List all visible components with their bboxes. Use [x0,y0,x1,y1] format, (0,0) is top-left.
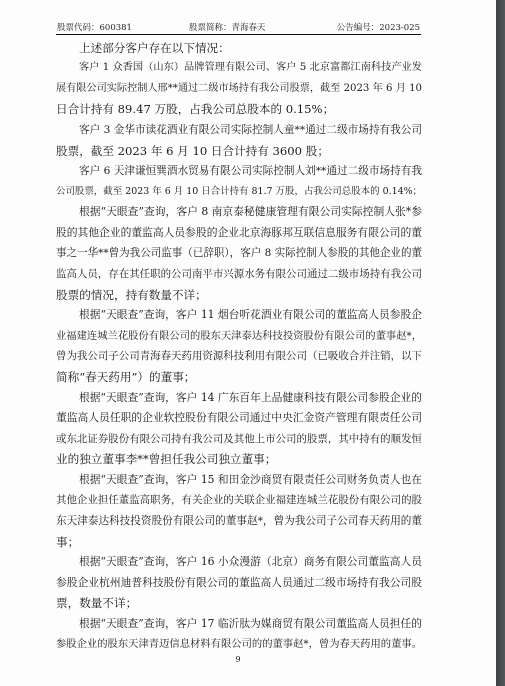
text-line: 票，数量不详； [56,593,422,614]
text-line: 或东北证券股份有限公司持有我公司及其他上市公司的股票，其中持有的顺发恒 [56,429,422,450]
text-line: 根据“天眼查”查询，客户 11 烟台听花酒业有限公司的董监高人员参股企 [56,305,422,326]
text-line: 股的其他企业的董监高人员参股的企业北京海豚邦互联信息服务有限公司的董 [56,223,422,244]
document-body: 上述部分客户存在以下情况：客户 1 众香国（山东）品牌管理有限公司、客户 5 北… [56,38,422,655]
text-line: 业福建连城兰花股份有限公司的股东天津泰达科技投资股份有限公司的董事赵*， [56,326,422,347]
text-line: 客户 1 众香国（山东）品牌管理有限公司、客户 5 北京富都江南科技产业发 [56,58,422,79]
text-line: 日合计持有 89.47 万股，占我公司总股本的 0.15%； [56,99,422,120]
text-line: 公司股票，截至 2023 年 6 月 10 日合计持有 81.7 万股，占我公司… [56,182,422,203]
text-line: 曾为我公司子公司青海春天药用资源科技利用有限公司（已吸收合并注销，以下 [56,346,422,367]
text-line: 监高人员，存在其任职的公司南平市兴源水务有限公司通过二级市场持有我公司 [56,264,422,285]
text-line: 股票，截至 2023 年 6 月 10 日合计持有 3600 股； [56,141,422,162]
text-line: 参股企业的股东天津青迈信息材料有限公司的的董事赵*，曾为春天药用的董事。 [56,634,422,655]
text-line: 根据“天眼查”查询，客户 16 小众漫游（北京）商务有限公司董监高人员 [56,552,422,573]
stock-name: 股票简称：青海春天 [189,22,266,34]
text-line: 东天津泰达科技投资股份有限公司的董事赵*，曾为我公司子公司春天药用的董 [56,511,422,532]
document-page: 股票代码：600381 股票简称：青海春天 公告编号：2023-025 上述部分… [0,0,496,686]
text-line: 客户 3 金华市读花酒业有限公司实际控制人童**通过二级市场持有我公司 [56,120,422,141]
text-line: 其他企业担任董监高职务，有关企业的关联企业福建连城兰花股份有限公司的股 [56,490,422,511]
text-line: 上述部分客户存在以下情况： [56,38,422,59]
text-line: 董监高人员任职的企业软控股份有限公司通过中央汇金资产管理有限责任公司 [56,408,422,429]
text-line: 参股企业杭州迪普科技股份有限公司的董监高人员通过二级市场持有我公司股 [56,573,422,594]
text-line: 客户 6 天津谦恒巽酒水贸易有限公司实际控制人刘**通过二级市场持有我 [56,161,422,182]
text-line: 事之一华**曾为我公司监事（已辞职），客户 8 实际控制人参股的其他企业的董 [56,243,422,264]
text-line: 根据“天眼查”查询，客户 15 和田金沙商贸有限责任公司财务负责人也在 [56,470,422,491]
text-line: 根据“天眼查”查询，客户 8 南京泰秘健康管理有限公司实际控制人张*参 [56,202,422,223]
page-number: 9 [0,655,476,664]
text-line: 股票的情况，持有数量不详； [56,285,422,306]
stock-code: 股票代码：600381 [57,22,132,34]
text-line: 事； [56,532,422,553]
announcement-number: 公告编号：2023-025 [337,22,420,34]
vertical-scrollbar[interactable] [496,0,505,686]
text-line: 业的独立董事李**曾担任我公司独立董事； [56,449,422,470]
text-line: 展有限公司实际控制人邢**通过二级市场持有我公司股票，截至 2023 年 6 月… [56,79,422,100]
text-line: 根据“天眼查”查询，客户 14 广东百年上品健康科技有限公司参股企业的 [56,388,422,409]
page-header: 股票代码：600381 股票简称：青海春天 公告编号：2023-025 [56,22,421,35]
text-line: 根据“天眼查”查询，客户 17 临沂肽为媒商贸有限公司董监高人员担任的 [56,614,422,635]
text-line: 简称“春天药用”）的董事； [56,367,422,388]
